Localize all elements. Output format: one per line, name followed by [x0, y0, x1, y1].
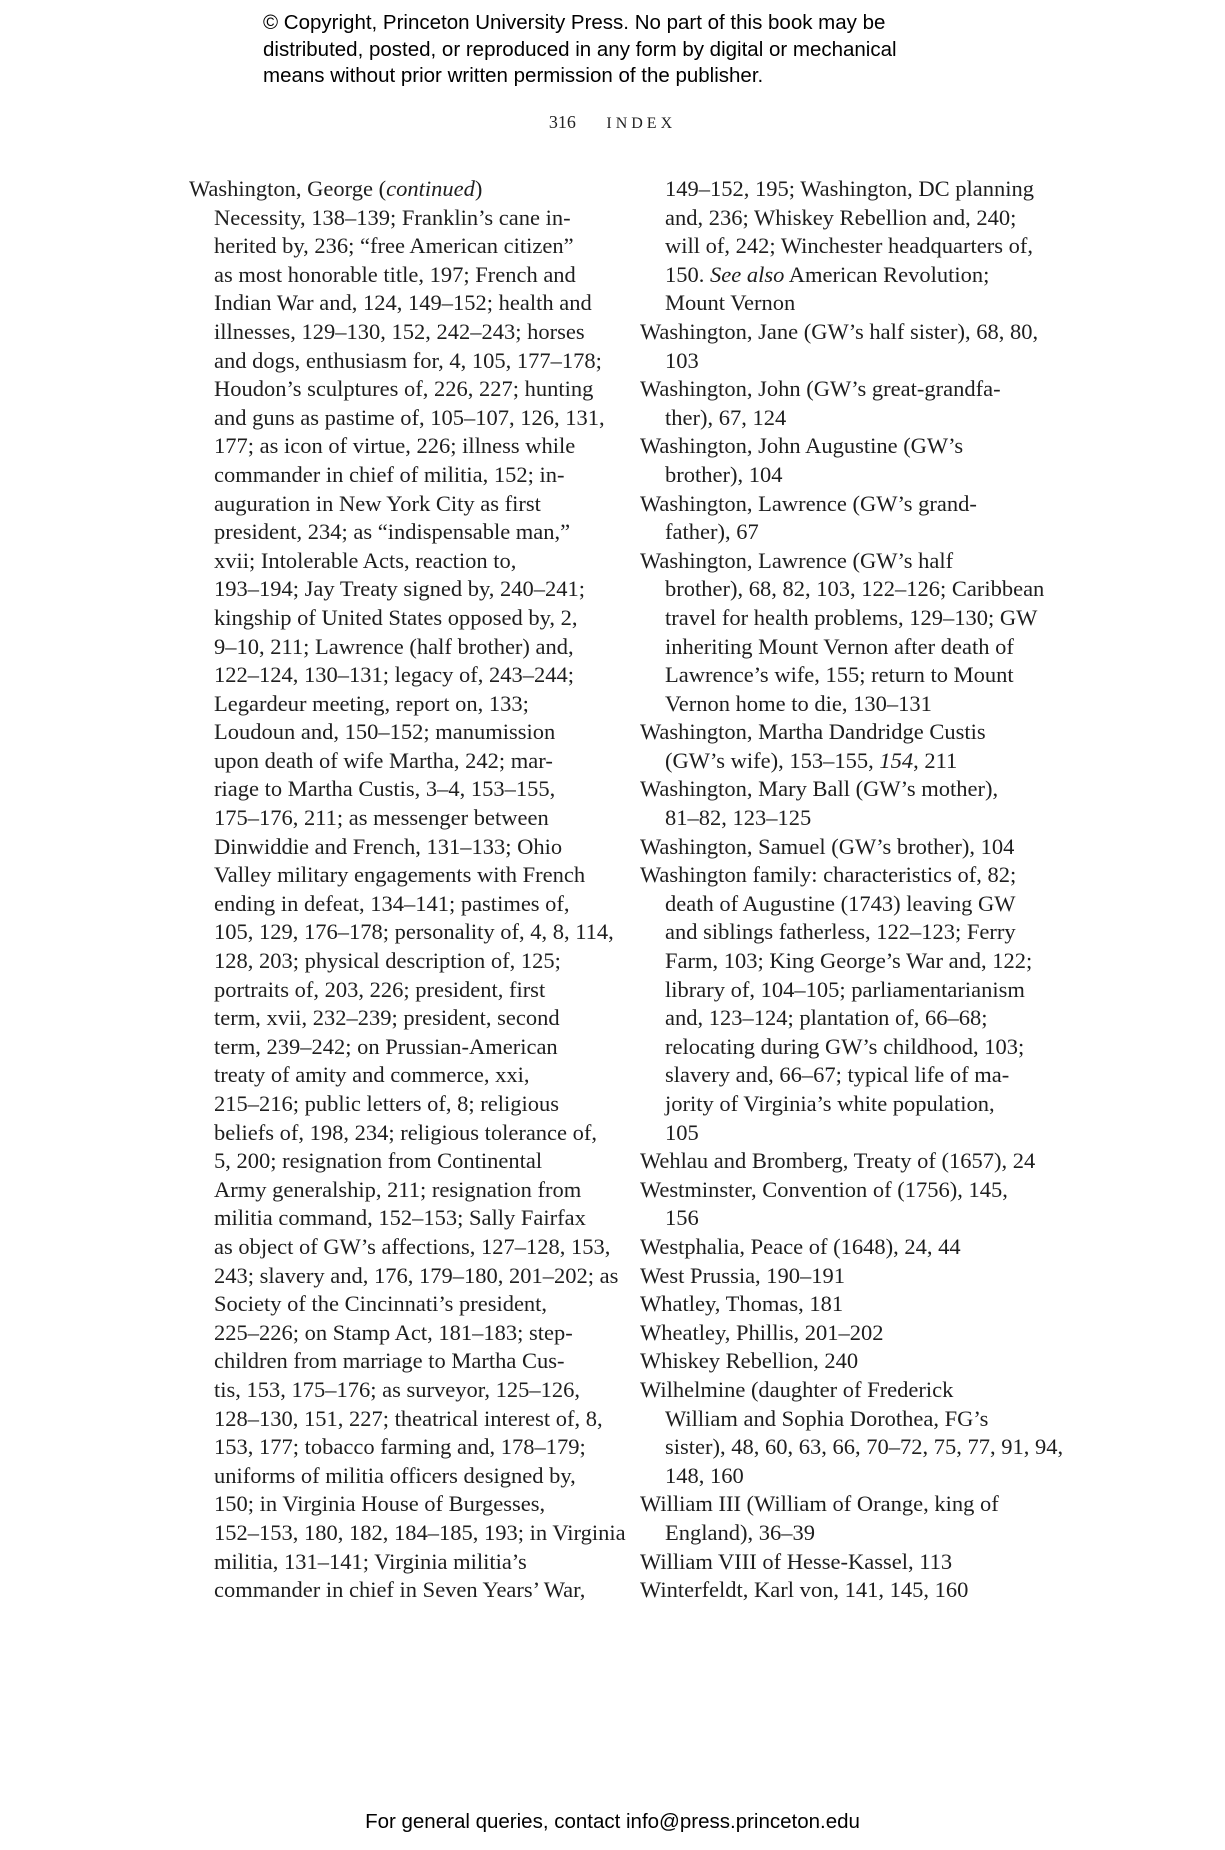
entry-heading: Washington family: characteristics of, 8…	[640, 861, 1060, 890]
index-line: Houdon’s sculptures of, 226, 227; huntin…	[214, 375, 609, 404]
index-entry: West Prussia, 190–191	[640, 1262, 1060, 1291]
index-line: will of, 242; Winchester headquarters of…	[665, 232, 1060, 261]
index-line: term, 239–242; on Prussian-American	[214, 1033, 609, 1062]
index-line: 153, 177; tobacco farming and, 178–179;	[214, 1433, 609, 1462]
entry-heading: Washington, Jane (GW’s half sister), 68,…	[640, 318, 1060, 347]
index-line: 177; as icon of virtue, 226; illness whi…	[214, 432, 609, 461]
index-entry: Washington, Lawrence (GW’s halfbrother),…	[640, 547, 1060, 719]
index-line: children from marriage to Martha Cus-	[214, 1347, 609, 1376]
index-line: kingship of United States opposed by, 2,	[214, 604, 609, 633]
index-line: and, 236; Whiskey Rebellion and, 240;	[665, 204, 1060, 233]
entry-continuation: father), 67	[640, 518, 1060, 547]
index-line: as object of GW’s affections, 127–128, 1…	[214, 1233, 609, 1262]
continued-subentries: 149–152, 195; Washington, DC planning an…	[640, 175, 1060, 318]
index-entry: Washington, Martha Dandridge Custis(GW’s…	[640, 718, 1060, 775]
index-entry: Washington, John Augustine (GW’sbrother)…	[640, 432, 1060, 489]
index-line: ending in defeat, 134–141; pastimes of,	[214, 890, 609, 919]
entry-continuation: travel for health problems, 129–130; GW	[640, 604, 1060, 633]
index-entry: Wehlau and Bromberg, Treaty of (1657), 2…	[640, 1147, 1060, 1176]
index-line: upon death of wife Martha, 242; mar-	[214, 747, 609, 776]
index-line: 152–153, 180, 182, 184–185, 193; in Virg…	[214, 1519, 609, 1548]
index-entry: Washington family: characteristics of, 8…	[640, 861, 1060, 1147]
index-line: militia, 131–141; Virginia militia’s	[214, 1548, 609, 1577]
entry-heading: Winterfeldt, Karl von, 141, 145, 160	[640, 1576, 1060, 1605]
index-line: commander in chief in Seven Years’ War,	[214, 1576, 609, 1605]
index-line: beliefs of, 198, 234; religious toleranc…	[214, 1119, 609, 1148]
entry-continuation: sister), 48, 60, 63, 66, 70–72, 75, 77, …	[640, 1433, 1060, 1462]
index-line: president, 234; as “indispensable man,”	[214, 518, 609, 547]
entry-continuation: inheriting Mount Vernon after death of	[640, 633, 1060, 662]
index-line: and guns as pastime of, 105–107, 126, 13…	[214, 404, 609, 433]
entry-continuation: 103	[640, 347, 1060, 376]
entry-continuation: ther), 67, 124	[640, 404, 1060, 433]
index-entry: Westminster, Convention of (1756), 145,1…	[640, 1176, 1060, 1233]
heading-italic: continued	[386, 176, 475, 201]
index-line: 9–10, 211; Lawrence (half brother) and,	[214, 633, 609, 662]
index-line: Valley military engagements with French	[214, 861, 609, 890]
index-line: Legardeur meeting, report on, 133;	[214, 690, 609, 719]
index-line: Indian War and, 124, 149–152; health and	[214, 289, 609, 318]
page-refs: , 211	[913, 748, 957, 773]
entry-heading: Washington, Mary Ball (GW’s mother),	[640, 775, 1060, 804]
index-line: 128, 203; physical description of, 125;	[214, 947, 609, 976]
index-entry: Whiskey Rebellion, 240	[640, 1347, 1060, 1376]
index-line: militia command, 152–153; Sally Fairfax	[214, 1204, 609, 1233]
entry-heading: Westphalia, Peace of (1648), 24, 44	[640, 1233, 1060, 1262]
page-number: 316	[549, 112, 576, 132]
entry-continuation: Lawrence’s wife, 155; return to Mount	[640, 661, 1060, 690]
index-line: 150; in Virginia House of Burgesses,	[214, 1490, 609, 1519]
entry-continuation: slavery and, 66–67; typical life of ma-	[640, 1061, 1060, 1090]
entry-continuation: (GW’s wife), 153–155, 154, 211	[640, 747, 1060, 776]
index-entry: Whatley, Thomas, 181	[640, 1290, 1060, 1319]
index-line: illnesses, 129–130, 152, 242–243; horses	[214, 318, 609, 347]
heading-main: Washington, George (	[189, 176, 386, 201]
index-line: 243; slavery and, 176, 179–180, 201–202;…	[214, 1262, 609, 1291]
index-line: 193–194; Jay Treaty signed by, 240–241;	[214, 575, 609, 604]
entry-continuation: death of Augustine (1743) leaving GW	[640, 890, 1060, 919]
footer-contact: For general queries, contact info@press.…	[0, 1810, 1225, 1834]
index-line: Army generalship, 211; resignation from	[214, 1176, 609, 1205]
entry-heading: Wheatley, Phillis, 201–202	[640, 1319, 1060, 1348]
index-line: herited by, 236; “free American citizen”	[214, 232, 609, 261]
index-line: Society of the Cincinnati’s president,	[214, 1290, 609, 1319]
index-line: as most honorable title, 197; French and	[214, 261, 609, 290]
entry-continuation: William and Sophia Dorothea, FG’s	[640, 1405, 1060, 1434]
index-column-right: 149–152, 195; Washington, DC planning an…	[640, 175, 1060, 1605]
entry-continuation: 105	[640, 1119, 1060, 1148]
index-entry: Washington, John (GW’s great-grandfa-the…	[640, 375, 1060, 432]
index-line: treaty of amity and commerce, xxi,	[214, 1061, 609, 1090]
entry-heading: Wilhelmine (daughter of Frederick	[640, 1376, 1060, 1405]
index-entry: Wheatley, Phillis, 201–202	[640, 1319, 1060, 1348]
entry-continuation: brother), 104	[640, 461, 1060, 490]
entry-continuation: brother), 68, 82, 103, 122–126; Caribbea…	[640, 575, 1060, 604]
heading-close: )	[475, 176, 483, 201]
index-entry-heading: Washington, George (continued)	[189, 175, 609, 204]
index-line: tis, 153, 175–176; as surveyor, 125–126,	[214, 1376, 609, 1405]
index-line: 215–216; public letters of, 8; religious	[214, 1090, 609, 1119]
copyright-line: distributed, posted, or reproduced in an…	[263, 37, 1023, 64]
index-line: 225–226; on Stamp Act, 181–183; step-	[214, 1319, 609, 1348]
entry-continuation: and, 123–124; plantation of, 66–68;	[640, 1004, 1060, 1033]
index-line: 149–152, 195; Washington, DC planning	[665, 175, 1060, 204]
index-line: 5, 200; resignation from Continental	[214, 1147, 609, 1176]
index-line: 175–176, 211; as messenger between	[214, 804, 609, 833]
index-line: term, xvii, 232–239; president, second	[214, 1004, 609, 1033]
see-also-line: 150. See also American Revolution;	[665, 261, 1060, 290]
illustration-page-ref: 154	[879, 748, 913, 773]
index-line: Necessity, 138–139; Franklin’s cane in-	[214, 204, 609, 233]
see-also-label: See also	[710, 262, 784, 287]
entry-continuation: Vernon home to die, 130–131	[640, 690, 1060, 719]
index-entry: Washington, Jane (GW’s half sister), 68,…	[640, 318, 1060, 375]
section-title: INDEX	[606, 115, 676, 132]
entry-continuation: and siblings fatherless, 122–123; Ferry	[640, 918, 1060, 947]
index-column-left: Washington, George (continued) Necessity…	[189, 175, 609, 1605]
index-line: uniforms of militia officers designed by…	[214, 1462, 609, 1491]
index-entry: William VIII of Hesse-Kassel, 113	[640, 1548, 1060, 1577]
copyright-line: © Copyright, Princeton University Press.…	[263, 10, 1023, 37]
entry-continuation: jority of Virginia’s white population,	[640, 1090, 1060, 1119]
see-also-target: American Revolution;	[784, 262, 989, 287]
entry-continuation: 81–82, 123–125	[640, 804, 1060, 833]
running-head: 316 INDEX	[0, 112, 1225, 133]
entry-continuation: 148, 160	[640, 1462, 1060, 1491]
entry-heading: Washington, Lawrence (GW’s grand-	[640, 490, 1060, 519]
entry-heading: William VIII of Hesse-Kassel, 113	[640, 1548, 1060, 1577]
entry-continuation: relocating during GW’s childhood, 103;	[640, 1033, 1060, 1062]
index-entry: Washington, Lawrence (GW’s grand-father)…	[640, 490, 1060, 547]
index-line: 128–130, 151, 227; theatrical interest o…	[214, 1405, 609, 1434]
entry-heading: Whatley, Thomas, 181	[640, 1290, 1060, 1319]
index-line: riage to Martha Custis, 3–4, 153–155,	[214, 775, 609, 804]
index-entry: Wilhelmine (daughter of FrederickWilliam…	[640, 1376, 1060, 1490]
entry-heading: Whiskey Rebellion, 240	[640, 1347, 1060, 1376]
copyright-line: means without prior written permission o…	[263, 63, 1023, 90]
index-line: xvii; Intolerable Acts, reaction to,	[214, 547, 609, 576]
page-refs: (GW’s wife), 153–155,	[665, 748, 879, 773]
index-line: commander in chief of militia, 152; in-	[214, 461, 609, 490]
index-line: Dinwiddie and French, 131–133; Ohio	[214, 833, 609, 862]
copyright-notice: © Copyright, Princeton University Press.…	[263, 10, 1023, 90]
entry-heading: Washington, John Augustine (GW’s	[640, 432, 1060, 461]
index-line: Mount Vernon	[665, 289, 1060, 318]
index-line: auguration in New York City as first	[214, 490, 609, 519]
index-line: 105, 129, 176–178; personality of, 4, 8,…	[214, 918, 609, 947]
see-also-prefix: 150.	[665, 262, 710, 287]
subentry-lines: Necessity, 138–139; Franklin’s cane in-h…	[189, 204, 609, 1605]
index-entry: Washington, Mary Ball (GW’s mother),81–8…	[640, 775, 1060, 832]
index-entry: Westphalia, Peace of (1648), 24, 44	[640, 1233, 1060, 1262]
index-line: Loudoun and, 150–152; manumission	[214, 718, 609, 747]
entry-continuation: Farm, 103; King George’s War and, 122;	[640, 947, 1060, 976]
entry-heading: West Prussia, 190–191	[640, 1262, 1060, 1291]
index-line: portraits of, 203, 226; president, first	[214, 976, 609, 1005]
entry-heading: Washington, Samuel (GW’s brother), 104	[640, 833, 1060, 862]
index-entry: William III (William of Orange, king ofE…	[640, 1490, 1060, 1547]
index-line: 122–124, 130–131; legacy of, 243–244;	[214, 661, 609, 690]
entry-heading: Westminster, Convention of (1756), 145,	[640, 1176, 1060, 1205]
entry-continuation: 156	[640, 1204, 1060, 1233]
entry-heading: Washington, Lawrence (GW’s half	[640, 547, 1060, 576]
index-entry: Winterfeldt, Karl von, 141, 145, 160	[640, 1576, 1060, 1605]
index-line: and dogs, enthusiasm for, 4, 105, 177–17…	[214, 347, 609, 376]
entry-heading: Wehlau and Bromberg, Treaty of (1657), 2…	[640, 1147, 1060, 1176]
entry-heading: Washington, John (GW’s great-grandfa-	[640, 375, 1060, 404]
index-entry: Washington, Samuel (GW’s brother), 104	[640, 833, 1060, 862]
entry-heading: Washington, Martha Dandridge Custis	[640, 718, 1060, 747]
index-entries: Washington, Jane (GW’s half sister), 68,…	[640, 318, 1060, 1605]
entry-heading: William III (William of Orange, king of	[640, 1490, 1060, 1519]
entry-continuation: England), 36–39	[640, 1519, 1060, 1548]
entry-continuation: library of, 104–105; parliamentarianism	[640, 976, 1060, 1005]
